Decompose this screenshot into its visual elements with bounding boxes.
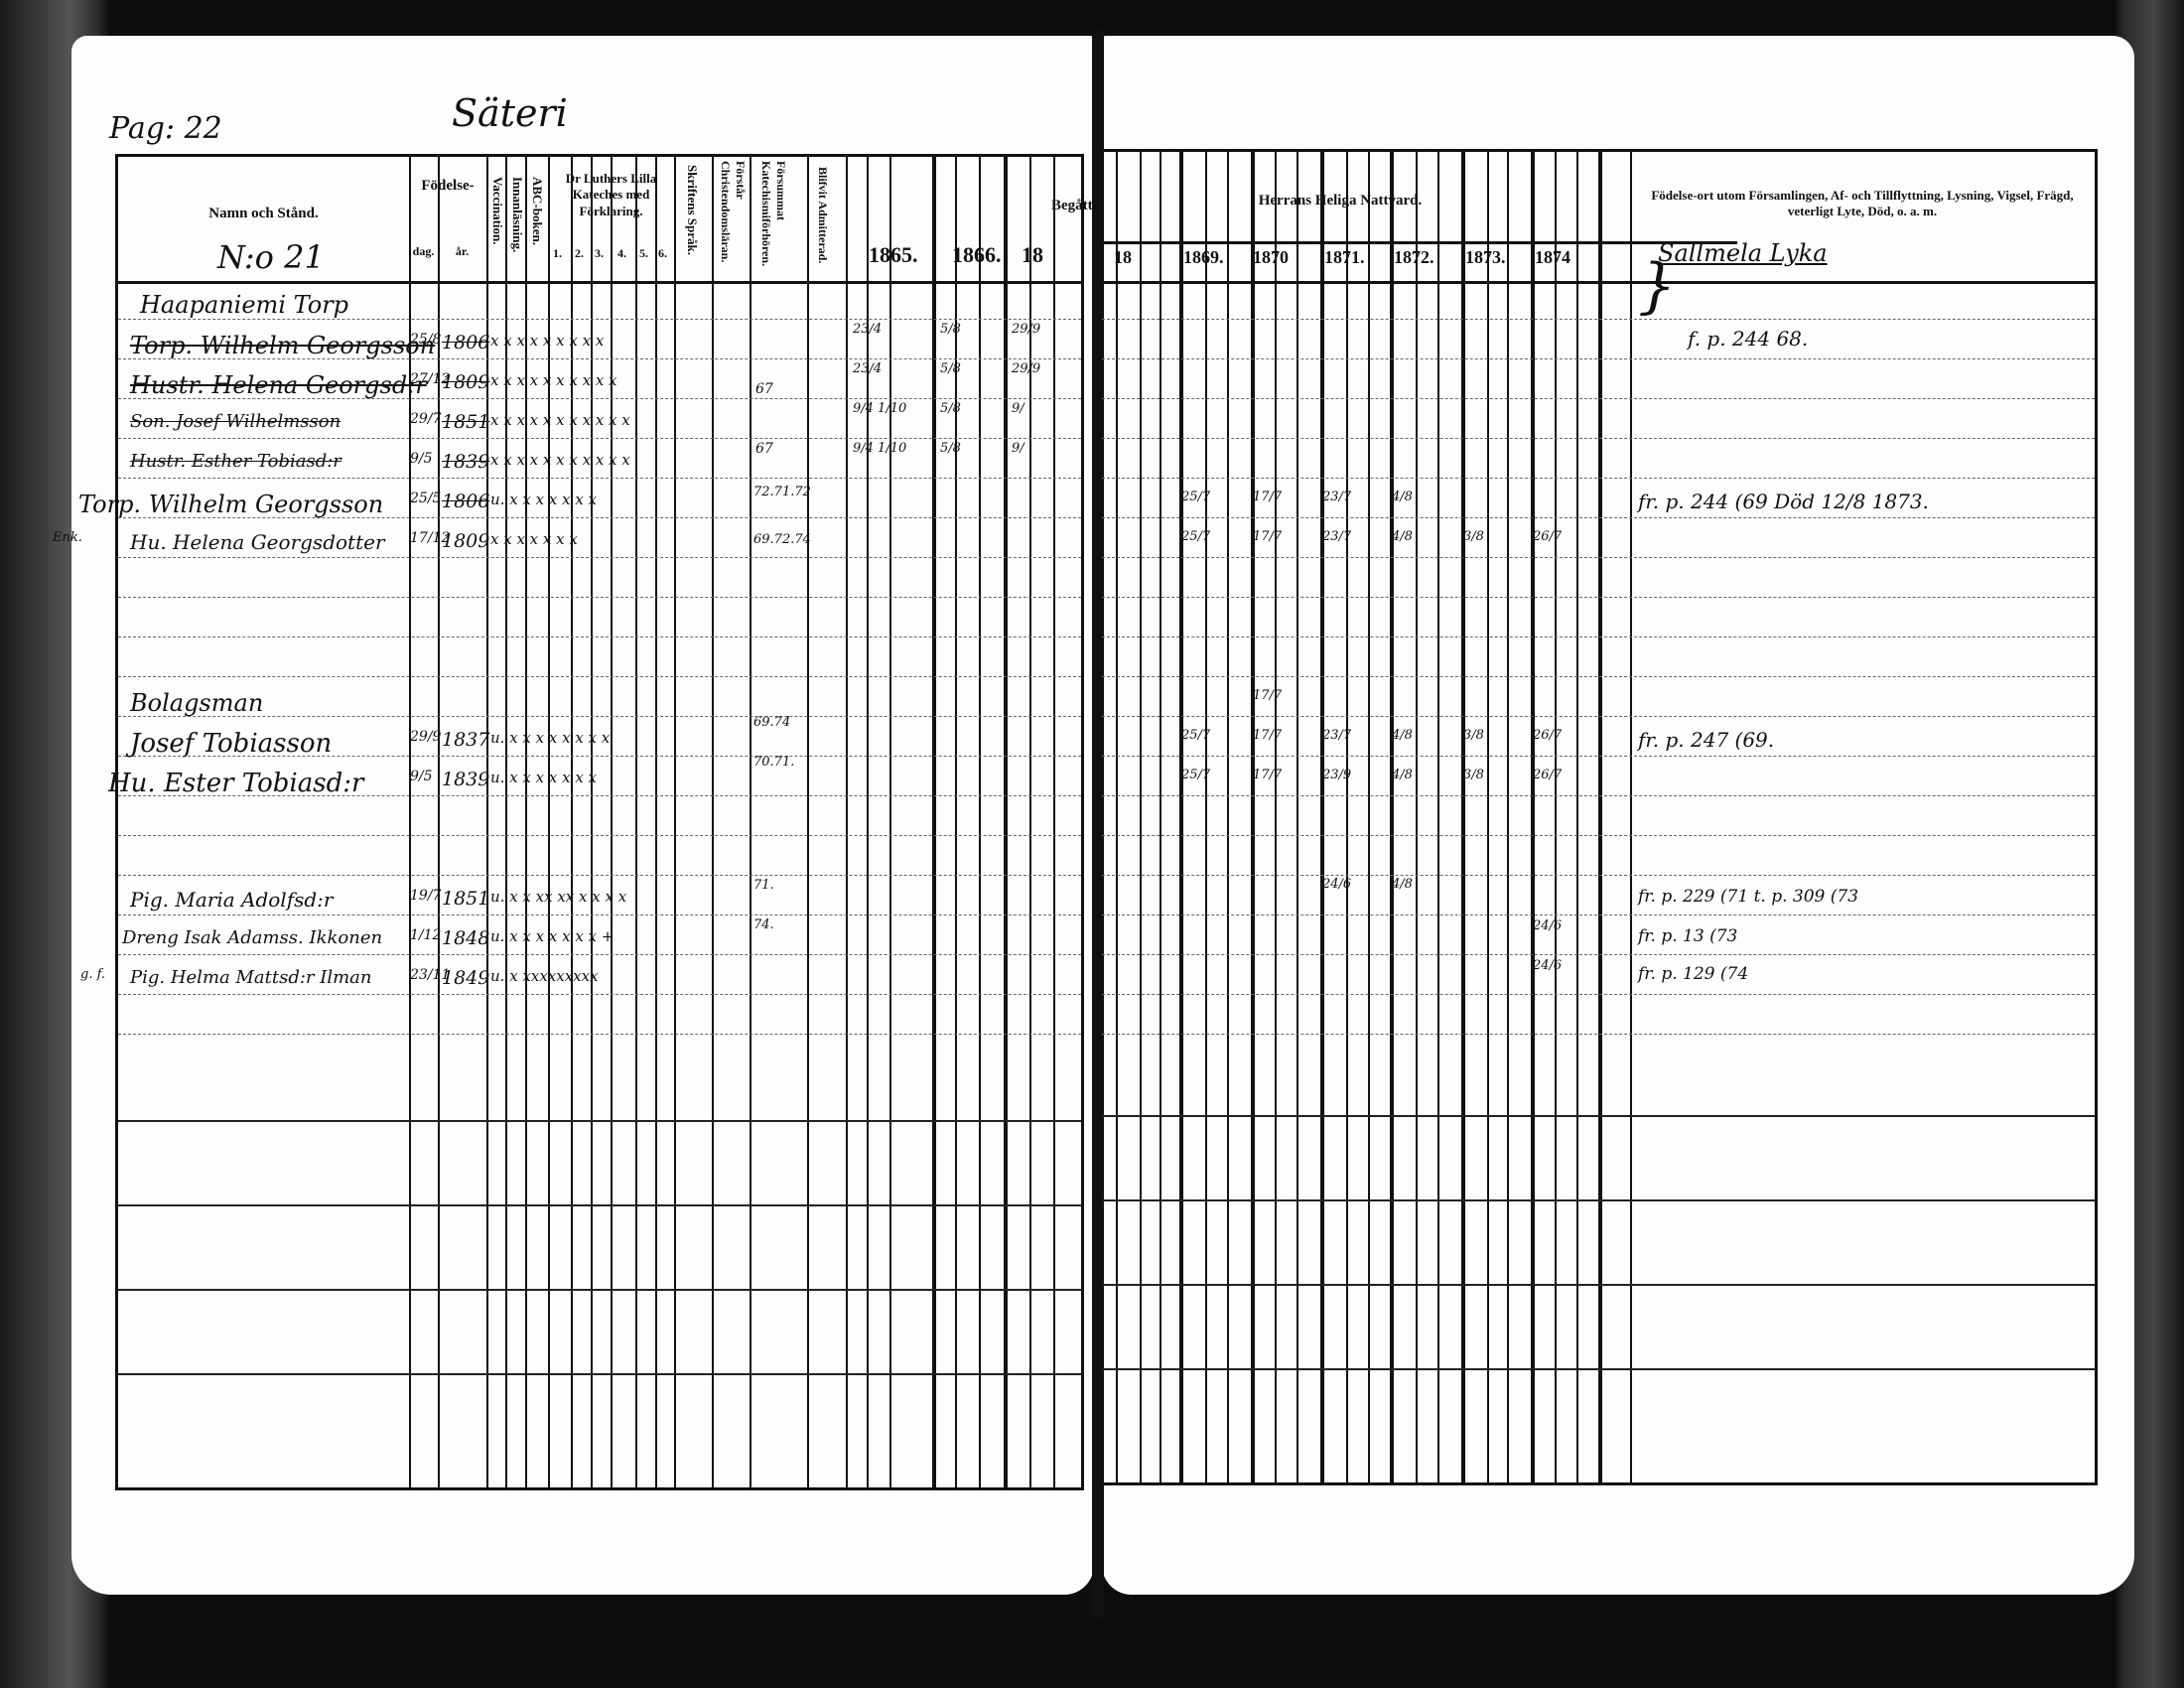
section-bolagsman: Bolagsman — [130, 689, 263, 717]
row-3-year: 1851 — [442, 411, 489, 433]
row-11-name: Dreng Isak Adamss. Ikkonen — [122, 927, 382, 948]
row-5-communion-1870: 17/7 — [1253, 490, 1282, 504]
note-3: fr. p. 247 (69. — [1638, 728, 1774, 752]
note-1: f. p. 244 68. — [1688, 327, 1808, 351]
row-10-name: Pig. Maria Adolfsd:r — [130, 888, 333, 912]
header-catechism-6: 6. — [658, 246, 667, 261]
header-birth: Födelse- — [409, 177, 486, 196]
row-10-missed: 71. — [753, 878, 774, 893]
row-5-marks: u. x x x x x x x — [490, 491, 597, 508]
row-8-communion-1874: 26/7 — [1533, 728, 1562, 743]
row-10-marks: u. x x xx xx x x x x — [490, 888, 626, 906]
row-9-communion-1874: 26/7 — [1533, 768, 1562, 782]
row-11-marks: u. x x x x x x x + — [490, 927, 614, 945]
page-number: Pag: 22 — [109, 111, 222, 146]
row-11-communion-1874: 24/6 — [1533, 918, 1562, 933]
row-5-communion-1872: 4/8 — [1392, 490, 1413, 504]
row-6-marks: x x x x x x x — [490, 530, 578, 548]
year-1870: 1870 — [1253, 247, 1289, 268]
row-2-missed: 67 — [755, 381, 773, 397]
header-understands-doctrine: Förstår Christendomsläran. — [718, 161, 748, 280]
row-5-name: Torp. Wilhelm Georgsson — [78, 491, 383, 518]
row-4-name: Hustr. Esther Tobiasd:r — [130, 451, 341, 472]
row-3-communion-18: 9/ — [1012, 401, 1024, 416]
row-6-margin-note: Enk. — [53, 530, 82, 545]
row-5-communion-1869: 25/7 — [1181, 490, 1210, 504]
row-2-communion-18: 29/9 — [1012, 361, 1040, 376]
row-7-communion-1870: 17/7 — [1253, 688, 1282, 703]
row-6-communion-1870: 17/7 — [1253, 529, 1282, 544]
row-4-day: 9/5 — [410, 451, 433, 467]
row-9-communion-1872: 4/8 — [1392, 768, 1413, 782]
header-innanlasning: Innanläsning. — [509, 177, 525, 252]
row-6-communion-1874: 26/7 — [1533, 529, 1562, 544]
row-1-day: 25/8 — [410, 332, 441, 348]
row-8-communion-1869: 25/7 — [1181, 728, 1210, 743]
row-5-day: 25/5 — [410, 491, 441, 506]
row-1-name: Torp. Wilhelm Georgsson — [130, 332, 435, 359]
row-3-communion-1866: 5/8 — [940, 401, 961, 416]
row-5-communion-1871: 23/7 — [1322, 490, 1351, 504]
row-2-communion-1865: 23/4 — [853, 361, 882, 376]
row-8-year: 1837 — [442, 729, 489, 751]
row-6-name: Hu. Helena Georgsdotter — [130, 530, 385, 554]
header-missed-exams: Försummat Katechismiförhören. — [758, 161, 788, 280]
row-2-name: Hustr. Helena Georgsd:r — [130, 371, 427, 399]
year-1865: 1865. — [869, 242, 918, 268]
header-holy-communion: Herrans Heliga Nattvard. — [1161, 192, 1519, 211]
row-8-day: 29/9 — [410, 729, 441, 745]
row-3-communion-1865: 9/4 1/10 — [853, 401, 906, 416]
row-10-communion-1872: 4/8 — [1392, 877, 1413, 892]
brace-icon: } — [1638, 251, 1676, 321]
row-8-communion-1872: 4/8 — [1392, 728, 1413, 743]
row-8-marks: u. x x x x x x x x — [490, 729, 610, 747]
header-birth-day: dag. — [409, 244, 438, 259]
header-catechism-3: 3. — [595, 246, 604, 261]
row-6-year: 1809 — [442, 530, 489, 552]
row-12-margin-note: g. f. — [80, 967, 105, 982]
header-name-and-status: Namn och Stånd. — [118, 205, 409, 223]
place-title: Säteri — [452, 91, 568, 135]
header-scripture: Skriftens Språk. — [684, 165, 700, 255]
row-9-day: 9/5 — [410, 769, 433, 784]
note-5: fr. p. 13 (73 — [1638, 926, 1737, 946]
header-divider — [118, 281, 1081, 284]
right-register-table: Herrans Heliga Nattvard. 18 1869. 1870 1… — [1102, 149, 2098, 1485]
notes-parish-name: Sallmela Lyka — [1658, 239, 1828, 267]
row-4-year: 1839 — [442, 451, 489, 473]
row-5-missed: 72.71.72 — [753, 485, 811, 499]
row-10-day: 19/7 — [410, 888, 441, 904]
row-8-communion-1870: 17/7 — [1253, 728, 1282, 743]
header-catechism-5: 5. — [639, 246, 648, 261]
row-2-marks: x x x x x x x x x x — [490, 371, 617, 389]
row-6-missed: 69.72.74 — [753, 532, 811, 547]
row-9-communion-1869: 25/7 — [1181, 768, 1210, 782]
row-6-communion-1871: 23/7 — [1322, 529, 1351, 544]
header-abc-book: ABC-boken. — [529, 177, 545, 245]
row-4-communion-1865: 9/4 1/10 — [853, 441, 906, 456]
row-8-name: Josef Tobiasson — [130, 729, 332, 759]
note-4: fr. p. 229 (71 t. p. 309 (73 — [1638, 887, 1858, 907]
row-8-communion-1873: 3/8 — [1463, 728, 1484, 743]
row-10-year: 1851 — [442, 888, 489, 910]
left-register-table: Namn och Stånd. N:o 21 Födelse- dag. år.… — [115, 154, 1084, 1490]
row-9-communion-1873: 3/8 — [1463, 768, 1484, 782]
section-haapaniemi: Haapaniemi Torp — [140, 291, 348, 319]
header-admitted: Blifvit Admitterad. — [815, 167, 830, 276]
year-1871: 1871. — [1324, 247, 1365, 268]
household-number: N:o 21 — [217, 238, 325, 276]
row-3-day: 29/7 — [410, 411, 441, 427]
row-1-marks: x x x x x x x x x — [490, 332, 604, 350]
row-12-communion-1874: 24/6 — [1533, 958, 1562, 973]
year-1866: 1866. — [952, 242, 1002, 268]
row-12-name: Pig. Helma Mattsd:r Ilman — [130, 967, 372, 988]
row-9-communion-1871: 23/9 — [1322, 768, 1351, 782]
row-4-marks: x x x x x x x x x x x — [490, 451, 630, 469]
row-8-missed: 69.74 — [753, 715, 790, 730]
header-partaken: Begått — [1051, 197, 1093, 215]
row-8-communion-1871: 23/7 — [1322, 728, 1351, 743]
header-notes: Födelse-ort utom Församlingen, Af- och T… — [1634, 188, 2091, 220]
row-12-marks: u. x xxxxxxxxx — [490, 967, 599, 985]
year-18-right: 18 — [1114, 247, 1132, 268]
row-3-marks: x x x x x x x x x x x — [490, 411, 630, 429]
row-2-year: 1809 — [442, 371, 489, 393]
row-6-communion-1869: 25/7 — [1181, 529, 1210, 544]
row-9-name: Hu. Ester Tobiasd:r — [108, 769, 363, 798]
year-1874: 1874 — [1535, 247, 1570, 268]
row-4-communion-1866: 5/8 — [940, 441, 961, 456]
row-5-year: 1806 — [442, 491, 489, 512]
row-11-year: 1848 — [442, 927, 489, 949]
row-9-missed: 70.71. — [753, 755, 794, 770]
row-4-communion-18: 9/ — [1012, 441, 1024, 456]
note-2: fr. p. 244 (69 Död 12/8 1873. — [1638, 490, 1929, 513]
header-catechism-1: 1. — [553, 246, 562, 261]
row-3-name: Son. Josef Wilhelmsson — [130, 411, 341, 432]
header-vaccination: Vaccination. — [489, 177, 505, 245]
row-1-year: 1806 — [442, 332, 489, 353]
header-birth-year: år. — [438, 244, 486, 259]
row-12-year: 1849 — [442, 967, 489, 989]
row-9-marks: u. x x x x x x x — [490, 769, 597, 786]
row-1-communion-18: 29/9 — [1012, 322, 1040, 337]
year-18: 18 — [1022, 242, 1043, 268]
row-11-missed: 74. — [753, 917, 774, 932]
header-catechism: Dr Luthers Lilla Kateches med Förklaring… — [548, 171, 674, 219]
row-6-communion-1873: 3/8 — [1463, 529, 1484, 544]
row-6-communion-1872: 4/8 — [1392, 529, 1413, 544]
note-6: fr. p. 129 (74 — [1638, 964, 1748, 984]
row-1-communion-1866: 5/8 — [940, 322, 961, 337]
row-10-communion-1871: 24/6 — [1322, 877, 1351, 892]
row-2-communion-1866: 5/8 — [940, 361, 961, 376]
header-catechism-4: 4. — [617, 246, 626, 261]
year-1872: 1872. — [1394, 247, 1434, 268]
row-4-missed: 67 — [755, 441, 773, 457]
header-catechism-2: 2. — [575, 246, 584, 261]
row-9-year: 1839 — [442, 769, 489, 790]
year-1869: 1869. — [1183, 247, 1224, 268]
year-1873: 1873. — [1465, 247, 1506, 268]
row-9-communion-1870: 17/7 — [1253, 768, 1282, 782]
header-divider-right — [1102, 241, 1737, 244]
row-11-day: 1/12 — [410, 927, 441, 943]
row-1-communion-1865: 23/4 — [853, 322, 882, 337]
